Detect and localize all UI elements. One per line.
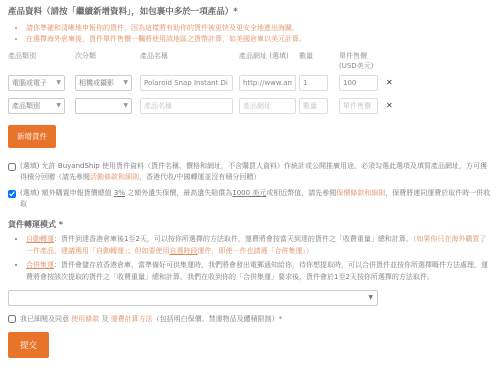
promo-consent-text: (選填) 允許 BuyandShip 使用貨件資料（貨件名稱、價格和網址，不含購… [20,161,492,183]
terms-agreement-checkbox[interactable] [8,315,16,323]
product-url-input[interactable] [239,75,296,91]
chevron-down-icon: ▼ [368,293,373,302]
product-info-form: 產品資料（請按「繼續新增資料」，如包裹中多於一項產品）* 請你準確和清晰地申報你… [0,0,500,366]
terms-agreement-text: 我已細閱及同意 使用條款 及 運費計算方法（包括明白保價、禁運物品及體積限制）* [20,314,282,325]
category-select[interactable]: 電腦或電子 ▼ [8,75,65,91]
category-select-value: 產品類別 [12,101,54,112]
transfer-mode-consolidate: 合併集運：貨件會儲存放香港倉庫，當準備好可供集運時，我們將會發出電郵通知給你，待… [26,259,492,284]
subcategory-select[interactable]: 相機或攝影 ▼ [75,75,132,91]
terms-agreement: 我已細閱及同意 使用條款 及 運費計算方法（包括明白保價、禁運物品及體積限制）* [8,314,492,325]
category-select[interactable]: 產品類別 ▼ [8,98,65,114]
chevron-down-icon: ▼ [123,78,128,87]
subcategory-select-value: 相機或攝影 [79,78,121,89]
add-item-button[interactable]: 新增貨件 [8,125,56,148]
category-select-value: 電腦或電子 [12,78,54,89]
submit-button[interactable]: 提交 [8,332,49,358]
product-name-input[interactable] [140,75,233,91]
chevron-down-icon: ▼ [56,78,61,87]
delete-row-icon[interactable]: ✕ [386,75,393,91]
note-item: 在選擇海外倉庫後，貨件單件售價一欄將使用該地區之貨幣計算，如美國倉庫以美元計算。 [26,34,492,45]
product-row-1: 電腦或電子 ▼ 相機或攝影 ▼ ✕ [8,75,492,91]
col-header-subcategory: 次分類 [75,51,132,62]
price-input[interactable] [339,98,378,114]
col-header-category: 產品類別 [8,51,65,62]
product-row-2: 產品類別 ▼ ▼ ✕ [8,98,492,114]
col-header-url: 產品網址 (選填) [239,51,296,62]
price-input[interactable] [339,75,378,91]
insurance-text: (選填) 額外購置申報貨價總值 3% 之額外遺失保價，最高遺失賠償為1000 美… [20,188,492,210]
chevron-down-icon: ▼ [123,101,128,110]
delete-row-icon[interactable]: ✕ [386,98,393,114]
promo-consent-checkbox[interactable] [8,163,16,171]
section-title-product-info: 產品資料（請按「繼續新增資料」，如包裹中多於一項產品）* [8,6,492,19]
transfer-mode-select[interactable]: ▼ [8,290,378,306]
quantity-input[interactable] [299,75,328,91]
insurance-checkbox[interactable] [8,190,16,198]
subcategory-select[interactable]: ▼ [75,98,132,114]
insurance-option: (選填) 額外購置申報貨價總值 3% 之額外遺失保價，最高遺失賠償為1000 美… [8,188,492,210]
notes-list: 請你準確和清晰地申報你的貨件，因為這樣將有助你的貨件被更快及更安全地進出海關。 … [14,23,492,45]
col-header-name: 產品名稱 [140,51,233,62]
note-item: 請你準確和清晰地申報你的貨件，因為這樣將有助你的貨件被更快及更安全地進出海關。 [26,23,492,34]
product-table-header: 產品類別 次分類 產品名稱 產品網址 (選填) 數量 單件售價(USD美元) [8,51,492,72]
transfer-mode-auto: 自動轉運：貨件到達香港倉庫後1至2天，可以按你所選擇的方法取件，運費將會按當天到… [26,233,492,258]
transfer-mode-list: 自動轉運：貨件到達香港倉庫後1至2天，可以按你所選擇的方法取件，運費將會按當天到… [14,233,492,284]
promo-consent-option: (選填) 允許 BuyandShip 使用貨件資料（貨件名稱、價格和網址，不含購… [8,161,492,183]
chevron-down-icon: ▼ [56,101,61,110]
product-url-input[interactable] [239,98,296,114]
product-name-input[interactable] [140,98,233,114]
col-header-price: 單件售價(USD美元) [339,51,378,72]
quantity-input[interactable] [299,98,328,114]
section-title-transfer-mode: 貨件轉運模式 * [8,219,492,231]
col-header-qty: 數量 [299,51,328,62]
